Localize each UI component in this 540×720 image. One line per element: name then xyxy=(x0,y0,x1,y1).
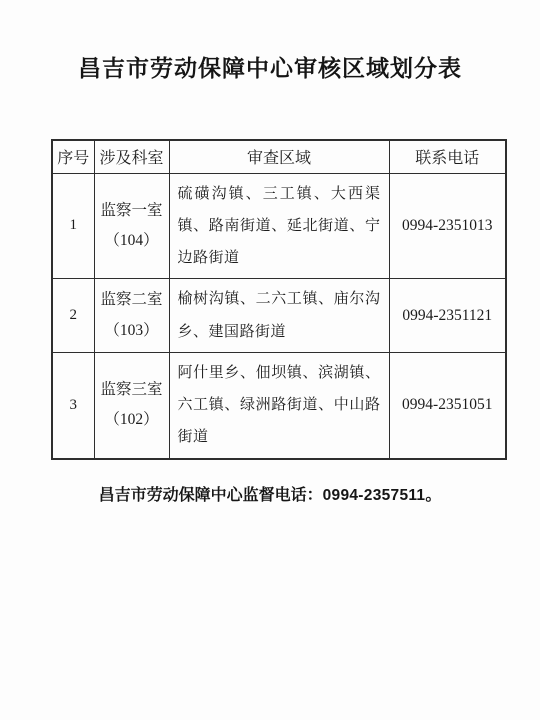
header-cell-index: 序号 xyxy=(52,140,94,173)
office-room: （103） xyxy=(104,322,158,339)
footer-label: 昌吉市劳动保障中心监督电话： xyxy=(99,487,323,504)
office-name: 监察三室 xyxy=(100,381,162,398)
area-cell: 硫磺沟镇、三工镇、大西渠镇、路南街道、延北街道、宁边路街道 xyxy=(169,173,389,279)
office-name: 监察二室 xyxy=(100,291,162,308)
table-row: 3 监察三室 （102） 阿什里乡、佃坝镇、滨湖镇、六工镇、绿洲路街道、中山路街… xyxy=(52,352,506,458)
header-cell-area: 审查区域 xyxy=(169,140,389,173)
table-header-row: 序号 涉及科室 审查区域 联系电话 xyxy=(52,140,506,173)
document-page: 昌吉市劳动保障中心审核区域划分表 序号 涉及科室 审查区域 联系电话 1 监察一… xyxy=(0,0,540,720)
row-index: 3 xyxy=(52,352,94,458)
phone-cell: 0994-2351051 xyxy=(389,352,506,458)
row-index: 1 xyxy=(52,173,94,279)
area-cell: 榆树沟镇、二六工镇、庙尔沟乡、建国路街道 xyxy=(169,279,389,353)
page-title: 昌吉市劳动保障中心审核区域划分表 xyxy=(0,0,540,83)
office-cell: 监察二室 （103） xyxy=(94,279,169,353)
region-division-table: 序号 涉及科室 审查区域 联系电话 1 监察一室 （104） 硫磺沟镇、三工镇、… xyxy=(51,139,507,460)
phone-cell: 0994-2351121 xyxy=(389,279,506,353)
footer-phone-number: 0994-2357511 xyxy=(323,487,426,504)
header-cell-phone: 联系电话 xyxy=(389,140,506,173)
office-room: （104） xyxy=(104,232,158,249)
office-room: （102） xyxy=(104,411,158,428)
header-cell-office: 涉及科室 xyxy=(94,140,169,173)
row-index: 2 xyxy=(52,279,94,353)
supervision-phone-note: 昌吉市劳动保障中心监督电话：0994-2357511。 xyxy=(0,482,540,505)
area-cell: 阿什里乡、佃坝镇、滨湖镇、六工镇、绿洲路街道、中山路街道 xyxy=(169,352,389,458)
table-row: 2 监察二室 （103） 榆树沟镇、二六工镇、庙尔沟乡、建国路街道 0994-2… xyxy=(52,279,506,353)
office-cell: 监察三室 （102） xyxy=(94,352,169,458)
office-cell: 监察一室 （104） xyxy=(94,173,169,279)
office-name: 监察一室 xyxy=(100,202,162,219)
footer-suffix: 。 xyxy=(425,487,441,504)
phone-cell: 0994-2351013 xyxy=(389,173,506,279)
table-row: 1 监察一室 （104） 硫磺沟镇、三工镇、大西渠镇、路南街道、延北街道、宁边路… xyxy=(52,173,506,279)
